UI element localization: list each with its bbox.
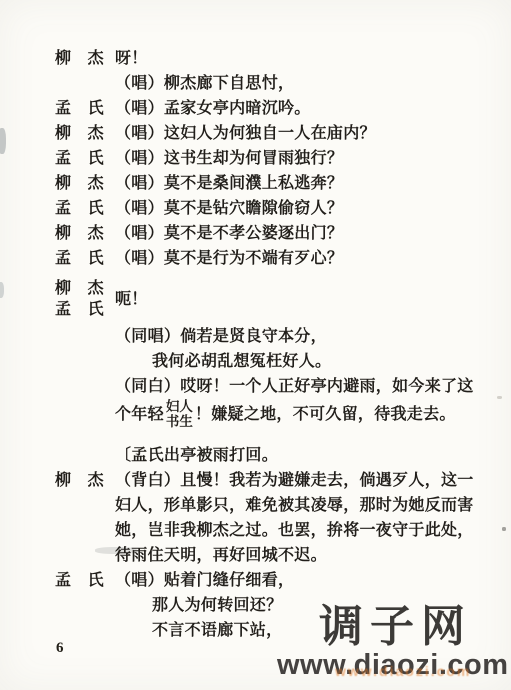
script-line: 我何必胡乱想冤枉好人。 <box>55 349 505 374</box>
script-line: 柳 杰（唱）这妇人为何独自一人在庙内？ <box>55 121 505 146</box>
script-line: 妇人，形单影只，难免被其凌辱，那时为她反而害 <box>55 493 505 518</box>
line-text: （唱）贴着门缝仔细看， <box>115 568 505 593</box>
script-line: 孟 氏（唱）孟家女亭内暗沉吟。 <box>55 96 505 121</box>
stage-direction-text: 〔孟氏出亭被雨打回。 <box>115 443 505 468</box>
speaker-name: 柳 杰 <box>55 468 115 493</box>
script-body: 柳 杰呀！（唱）柳杰廊下自思忖，孟 氏（唱）孟家女亭内暗沉吟。柳 杰（唱）这妇人… <box>55 46 505 643</box>
watermark: 调子网 www.diaozi.com www.diaozi.com <box>277 605 507 680</box>
speaker-name-part: 孟 氏 <box>55 299 115 320</box>
speaker-name: 柳 杰 <box>55 46 115 71</box>
line-text-post: ！嫌疑之地，不可久留，待我走去。 <box>195 402 456 427</box>
line-text: 我何必胡乱想冤枉好人。 <box>115 349 505 374</box>
speaker-name: 柳 杰孟 氏 <box>55 278 115 320</box>
line-text: 妇人，形单影只，难免被其凌辱，那时为她反而害 <box>115 493 505 518</box>
watermark-site-name: 调子网 <box>277 605 511 649</box>
script-line: 个年轻妇人书生！嫌疑之地，不可久留，待我走去。 <box>55 399 505 435</box>
stacked-word: 书生 <box>166 414 193 429</box>
script-line: 待雨住天明，再好回城不迟。 <box>55 543 505 568</box>
line-text: （背白）且慢！我若为避嫌走去，倘遇歹人，这一 <box>115 468 505 493</box>
script-line: 柳 杰（唱）莫不是桑间濮上私逃奔？ <box>55 171 505 196</box>
scanned-page: 柳 杰呀！（唱）柳杰廊下自思忖，孟 氏（唱）孟家女亭内暗沉吟。柳 杰（唱）这妇人… <box>0 0 511 690</box>
script-line: （同白）哎呀！一个人正好亭内避雨，如今来了这 <box>55 374 505 399</box>
speaker-name: 柳 杰 <box>55 121 115 146</box>
line-text-pre: 个年轻 <box>115 402 164 427</box>
speaker-name: 孟 氏 <box>55 96 115 121</box>
speaker-name: 孟 氏 <box>55 568 115 593</box>
line-text: （唱）柳杰廊下自思忖， <box>115 71 505 96</box>
line-text: 呀！ <box>115 46 505 71</box>
line-text: （唱）莫不是桑间濮上私逃奔？ <box>115 171 505 196</box>
line-text: 呃！ <box>115 287 505 312</box>
page-number: 6 <box>56 640 64 657</box>
watermark-site-url: www.diaozi.com <box>277 650 507 680</box>
stacked-words: 妇人书生 <box>166 399 193 429</box>
line-text: （唱）孟家女亭内暗沉吟。 <box>115 96 505 121</box>
stacked-word: 妇人 <box>166 399 193 414</box>
speaker-name: 柳 杰 <box>55 171 115 196</box>
speaker-name: 孟 氏 <box>55 196 115 221</box>
script-line: （唱）柳杰廊下自思忖， <box>55 71 505 96</box>
script-line: （同唱）倘若是贤良守本分， <box>55 324 505 349</box>
line-text: （同唱）倘若是贤良守本分， <box>115 324 505 349</box>
line-text: 待雨住天明，再好回城不迟。 <box>115 543 505 568</box>
script-line: 孟 氏（唱）莫不是钻穴瞻隙偷窃人？ <box>55 196 505 221</box>
script-line: 柳 杰呀！ <box>55 46 505 71</box>
speaker-name-part: 柳 杰 <box>55 278 115 299</box>
speaker-name: 孟 氏 <box>55 146 115 171</box>
script-line: 柳 杰孟 氏呃！ <box>55 274 505 324</box>
script-line: 孟 氏（唱）莫不是行为不端有歹心？ <box>55 246 505 271</box>
line-text: （唱）这书生却为何冒雨独行？ <box>115 146 505 171</box>
speaker-name: 孟 氏 <box>55 246 115 271</box>
scan-smudge <box>0 128 6 154</box>
script-line: 孟 氏（唱）这书生却为何冒雨独行？ <box>55 146 505 171</box>
line-text: （同白）哎呀！一个人正好亭内避雨，如今来了这 <box>115 374 505 399</box>
line-text: （唱）莫不是钻穴瞻隙偷窃人？ <box>115 196 505 221</box>
script-line: 柳 杰（背白）且慢！我若为避嫌走去，倘遇歹人，这一 <box>55 468 505 493</box>
speaker-name: 柳 杰 <box>55 221 115 246</box>
script-line: 她，岂非我柳杰之过。也罢，拚将一夜守于此处， <box>55 518 505 543</box>
line-text: （唱）莫不是行为不端有歹心？ <box>115 246 505 271</box>
script-line: 柳 杰（唱）莫不是不孝公婆逐出门？ <box>55 221 505 246</box>
stage-direction-line: 〔孟氏出亭被雨打回。 <box>55 443 505 468</box>
line-text: （唱）这妇人为何独自一人在庙内？ <box>115 121 505 146</box>
script-line: 孟 氏（唱）贴着门缝仔细看， <box>55 568 505 593</box>
line-text: 个年轻妇人书生！嫌疑之地，不可久留，待我走去。 <box>115 399 505 429</box>
line-text: （唱）莫不是不孝公婆逐出门？ <box>115 221 505 246</box>
line-text: 她，岂非我柳杰之过。也罢，拚将一夜守于此处， <box>115 518 505 543</box>
scan-smudge <box>0 282 4 298</box>
